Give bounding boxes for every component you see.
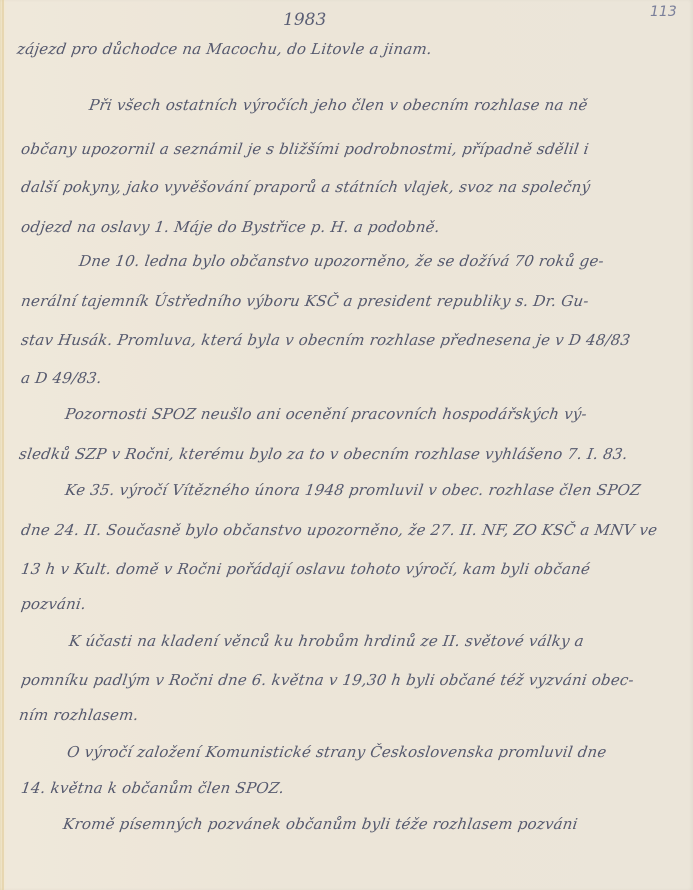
handwritten-line-15: pozváni. — [20, 595, 87, 613]
handwritten-line-14: 13 h v Kult. domě v Ročni pořádají oslav… — [20, 560, 591, 578]
handwritten-line-1: zájezd pro důchodce na Macochu, do Litov… — [16, 40, 433, 58]
handwritten-line-9: a D 49/83. — [20, 369, 103, 387]
handwritten-line-3: občany upozornil a seznámil je s bližším… — [20, 140, 590, 158]
handwritten-line-16: K účasti na kladení věnců ku hrobům hrdi… — [68, 632, 585, 650]
handwritten-line-19: O výročí založení Komunistické strany Če… — [66, 743, 608, 761]
handwritten-line-21: Kromě písemných pozvánek občanům byli té… — [62, 815, 579, 833]
handwritten-line-7: nerální tajemník Ústředního výboru KSČ a… — [20, 292, 590, 310]
handwritten-line-12: Ke 35. výročí Vítězného února 1948 proml… — [64, 481, 642, 499]
handwritten-line-8: stav Husák. Promluva, která byla v obecn… — [20, 331, 632, 349]
handwritten-line-11: sledků SZP v Ročni, kterému bylo za to v… — [18, 445, 629, 463]
handwritten-line-10: Pozornosti SPOZ neušlo ani ocenění praco… — [64, 405, 588, 423]
handwritten-line-4: další pokyny, jako vyvěšování praporů a … — [20, 178, 592, 196]
page-binding-edge — [2, 0, 4, 890]
year-heading: 1983 — [283, 10, 326, 30]
handwritten-line-5: odjezd na oslavy 1. Máje do Bystřice p. … — [20, 218, 441, 236]
handwritten-line-6: Dne 10. ledna bylo občanstvo upozorněno,… — [78, 252, 605, 270]
handwritten-line-20: 14. května k občanům člen SPOZ. — [20, 779, 285, 797]
page-number: 113 — [650, 4, 677, 20]
handwritten-line-2: Při všech ostatních výročích jeho člen v… — [88, 96, 589, 114]
chronicle-page: 1983 113 zájezd pro důchodce na Macochu,… — [0, 0, 693, 890]
handwritten-line-18: ním rozhlasem. — [18, 706, 140, 724]
handwritten-line-13: dne 24. II. Současně bylo občanstvo upoz… — [20, 521, 658, 539]
handwritten-line-17: pomníku padlým v Ročni dne 6. května v 1… — [20, 671, 635, 689]
